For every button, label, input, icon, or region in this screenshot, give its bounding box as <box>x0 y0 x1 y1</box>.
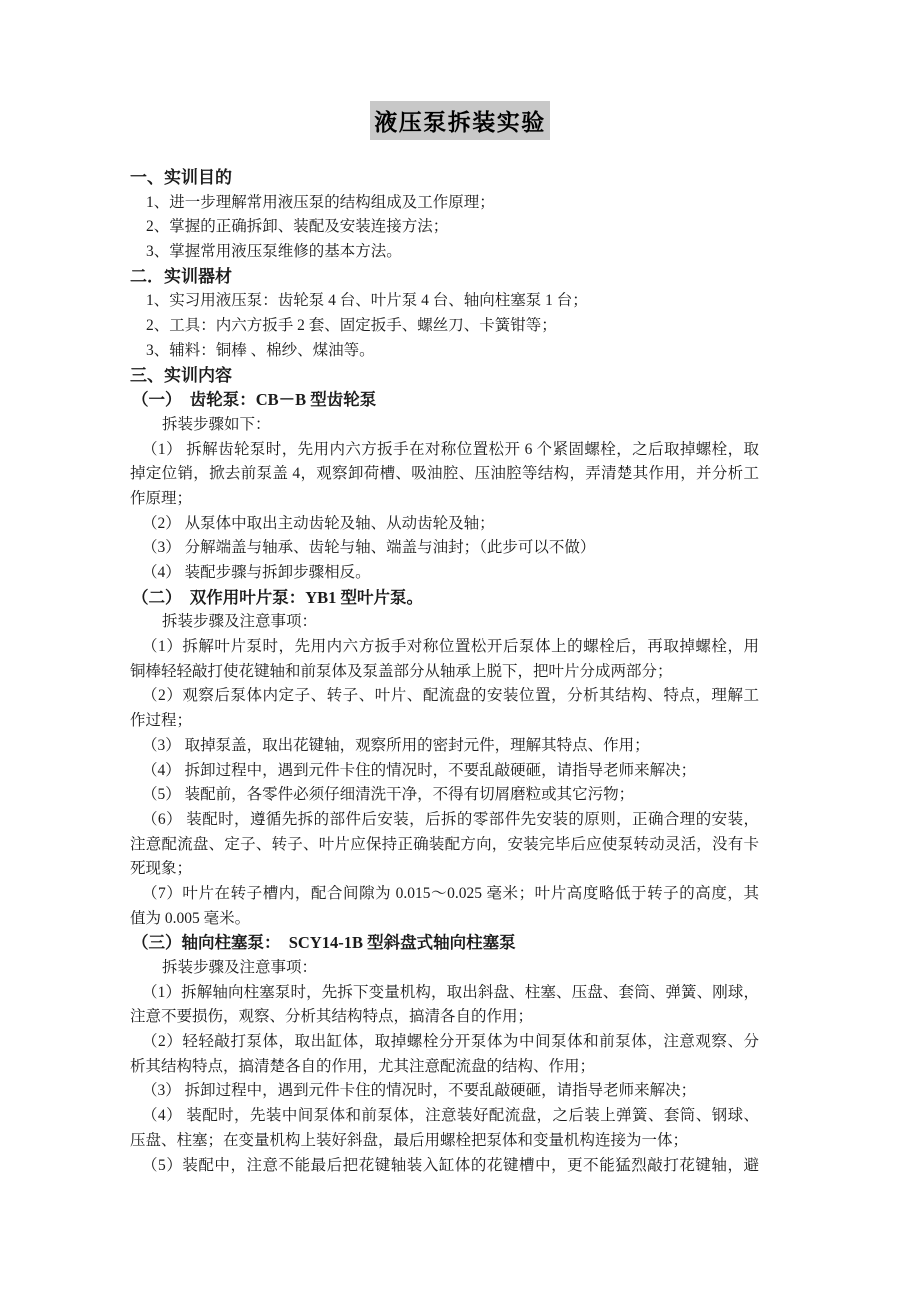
text-line: 注意配流盘、定子、转子、叶片应保持正确装配方向，安装完毕后应使泵转动灵活，没有卡 <box>130 833 759 858</box>
text-line: 死现象； <box>130 857 759 882</box>
text-line: 2、工具：内六方扳手 2 套、固定扳手、螺丝刀、卡簧钳等； <box>130 314 759 339</box>
text-line: 二．实训器材 <box>130 265 759 290</box>
text-line: 作过程； <box>130 709 759 734</box>
text-line: 3、辅料：铜棒 、棉纱、煤油等。 <box>130 339 759 364</box>
text-line: （2） 从泵体中取出主动齿轮及轴、从动齿轮及轴； <box>130 512 759 537</box>
text-line: （4） 装配时，先装中间泵体和前泵体，注意装好配流盘，之后装上弹簧、套筒、钢球、 <box>130 1104 759 1129</box>
text-line: （三）轴向柱塞泵： SCY14-1B 型斜盘式轴向柱塞泵 <box>130 931 759 956</box>
text-line: 2、掌握的正确拆卸、装配及安装连接方法； <box>130 215 759 240</box>
text-line: 析其结构特点，搞清楚各自的作用，尤其注意配流盘的结构、作用； <box>130 1055 759 1080</box>
text-line: 注意不要损伤，观察、分析其结构特点，搞清各自的作用； <box>130 1005 759 1030</box>
document-title-row: 液压泵拆装实验 <box>0 101 920 140</box>
text-line: （5）装配中，注意不能最后把花键轴装入缸体的花键槽中，更不能猛烈敲打花键轴，避 <box>130 1154 759 1179</box>
document-page: 液压泵拆装实验 一、实训目的1、进一步理解常用液压泵的结构组成及工作原理；2、掌… <box>0 0 920 1302</box>
text-line: （1） 拆解齿轮泵时，先用内六方扳手在对称位置松开 6 个紧固螺栓，之后取掉螺栓… <box>130 438 759 463</box>
text-line: （1）拆解叶片泵时，先用内六方扳手对称位置松开后泵体上的螺栓后，再取掉螺栓，用 <box>130 635 759 660</box>
text-line: 值为 0.005 毫米。 <box>130 907 759 932</box>
text-line: 拆装步骤及注意事项： <box>130 610 759 635</box>
text-line: 铜棒轻轻敲打使花键轴和前泵体及泵盖部分从轴承上脱下，把叶片分成两部分； <box>130 660 759 685</box>
text-line: （4） 拆卸过程中，遇到元件卡住的情况时，不要乱敲硬砸，请指导老师来解决； <box>130 759 759 784</box>
text-line: （1）拆解轴向柱塞泵时，先拆下变量机构，取出斜盘、柱塞、压盘、套筒、弹簧、刚球， <box>130 981 759 1006</box>
text-line: （二） 双作用叶片泵：YB1 型叶片泵。 <box>130 586 759 611</box>
text-line: 1、进一步理解常用液压泵的结构组成及工作原理； <box>130 191 759 216</box>
text-line: 压盘、柱塞；在变量机构上装好斜盘，最后用螺栓把泵体和变量机构连接为一体； <box>130 1129 759 1154</box>
text-line: 掉定位销，掀去前泵盖 4，观察卸荷槽、吸油腔、压油腔等结构，弄清楚其作用，并分析… <box>130 462 759 487</box>
text-line: 1、实习用液压泵：齿轮泵 4 台、叶片泵 4 台、轴向柱塞泵 1 台； <box>130 289 759 314</box>
text-line: （3） 拆卸过程中，遇到元件卡住的情况时，不要乱敲硬砸，请指导老师来解决； <box>130 1079 759 1104</box>
text-line: （4） 装配步骤与拆卸步骤相反。 <box>130 561 759 586</box>
text-line: （2）观察后泵体内定子、转子、叶片、配流盘的安装位置，分析其结构、特点，理解工 <box>130 684 759 709</box>
text-line: 拆装步骤如下： <box>130 413 759 438</box>
text-line: 3、掌握常用液压泵维修的基本方法。 <box>130 240 759 265</box>
text-line: （一） 齿轮泵：CB－B 型齿轮泵 <box>130 388 759 413</box>
text-line: （6） 装配时，遵循先拆的部件后安装，后拆的零部件先安装的原则，正确合理的安装， <box>130 808 759 833</box>
text-line: （7）叶片在转子槽内，配合间隙为 0.015～0.025 毫米；叶片高度略低于转… <box>130 882 759 907</box>
text-line: 三、实训内容 <box>130 364 759 389</box>
document-body: 一、实训目的1、进一步理解常用液压泵的结构组成及工作原理；2、掌握的正确拆卸、装… <box>130 166 759 1178</box>
text-line: （2）轻轻敲打泵体，取出缸体，取掉螺栓分开泵体为中间泵体和前泵体，注意观察、分 <box>130 1030 759 1055</box>
text-line: 一、实训目的 <box>130 166 759 191</box>
text-line: 拆装步骤及注意事项： <box>130 956 759 981</box>
text-line: （3） 分解端盖与轴承、齿轮与轴、端盖与油封；（此步可以不做） <box>130 536 759 561</box>
document-title: 液压泵拆装实验 <box>370 101 550 140</box>
text-line: （5） 装配前，各零件必须仔细清洗干净，不得有切屑磨粒或其它污物； <box>130 783 759 808</box>
text-line: （3） 取掉泵盖，取出花键轴，观察所用的密封元件，理解其特点、作用； <box>130 734 759 759</box>
text-line: 作原理； <box>130 487 759 512</box>
